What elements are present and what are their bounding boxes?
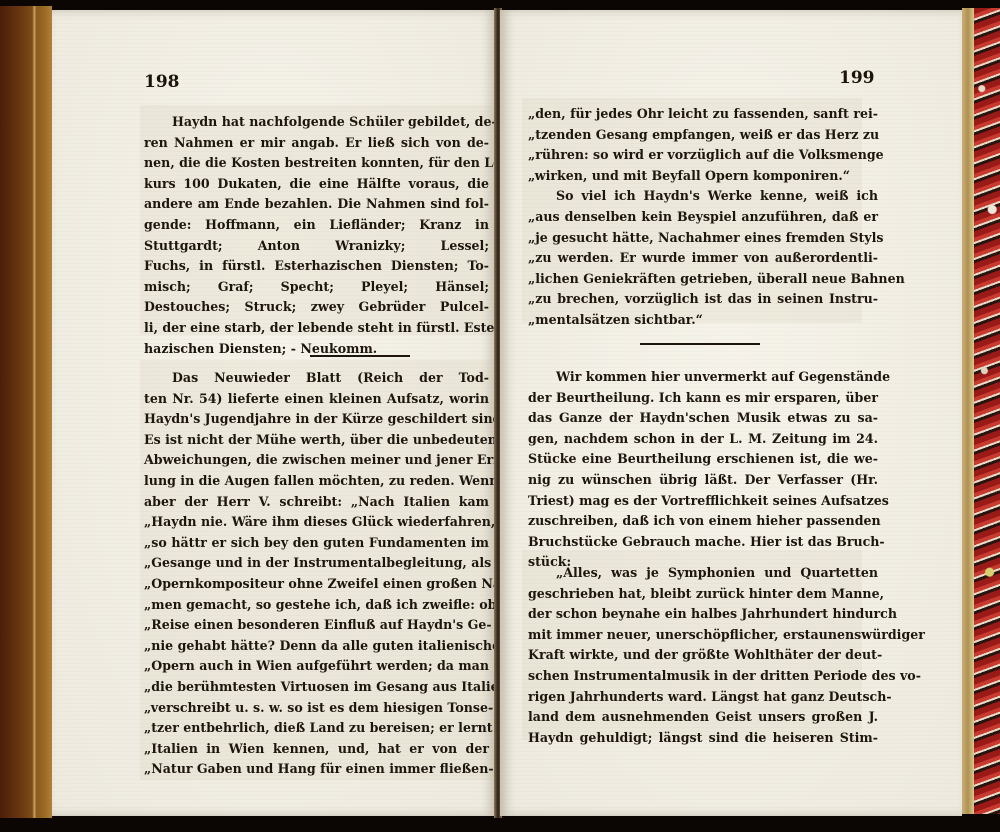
paragraph-students: Haydn hat nachfolgende Schüler gebildet,… [144, 112, 489, 359]
text-line: Haydn's Jugendjahre in der Kürze geschil… [144, 409, 489, 430]
text-line: Wir kommen hier unvermerkt auf Gegenstän… [528, 367, 878, 388]
text-line: gen, nachdem schon in der L. M. Zeitung … [528, 429, 878, 450]
text-line: li, der eine starb, der lebende steht in… [144, 318, 489, 339]
text-line: So viel ich Haydn's Werke kenne, weiß ic… [528, 186, 878, 207]
text-line: andere am Ende bezahlen. Die Nahmen sind… [144, 194, 489, 215]
text-line: der Beurtheilung. Ich kann es mir erspar… [528, 388, 878, 409]
text-line: „rühren: so wird er vorzüglich auf die V… [528, 145, 878, 166]
text-line: Triest) mag es der Vortrefflichkeit sein… [528, 491, 878, 512]
text-line: Bruchstücke Gebrauch mache. Hier ist das… [528, 532, 878, 553]
text-line: Es ist nicht der Mühe werth, über die un… [144, 430, 489, 451]
paragraph-neuwieder-blatt: Das Neuwieder Blatt (Reich der Tod- ten … [144, 368, 489, 780]
text-line: ren Nahmen er mir angab. Er ließ sich vo… [144, 133, 489, 154]
text-line: „Haydn nie. Wäre ihm dieses Glück wieder… [144, 512, 489, 533]
section-divider [640, 343, 760, 345]
text-line: Stücke eine Beurtheilung erschienen ist,… [528, 449, 878, 470]
paragraph-bruchstueck-quote: „Alles, was je Symphonien und Quartetten… [528, 563, 878, 748]
text-line: „Opernkompositeur ohne Zweifel einen gro… [144, 574, 489, 595]
text-line: gende: Hoffmann, ein Liefländer; Kranz i… [144, 215, 489, 236]
text-line: kurs 100 Dukaten, die eine Hälfte voraus… [144, 174, 489, 195]
left-page: 198 Haydn hat nachfolgende Schüler gebil… [52, 10, 496, 816]
text-line: nen, die die Kosten bestreiten konnten, … [144, 153, 489, 174]
text-line: „zu brechen, vorzüglich ist das in seine… [528, 289, 878, 310]
text-line: das Ganze der Haydn'schen Musik etwas zu… [528, 408, 878, 429]
text-line: land dem ausnehmenden Geist unsers große… [528, 707, 878, 728]
text-line: der schon beynahe ein halbes Jahrhundert… [528, 604, 878, 625]
text-line: „aus denselben kein Beyspiel anzuführen,… [528, 207, 878, 228]
text-line: „wirken, und mit Beyfall Opern komponire… [528, 166, 878, 187]
text-line: Haydn gehuldigt; längst sind die heisere… [528, 728, 878, 749]
text-line: „zu werden. Er wurde immer von außerorde… [528, 248, 878, 269]
text-line: „Gesange und in der Instrumentalbegleitu… [144, 553, 489, 574]
text-line: „je gesucht hätte, Nachahmer eines fremd… [528, 228, 878, 249]
text-line: misch; Graf; Specht; Pleyel; Hänsel; [144, 277, 489, 298]
text-line: „die berühmtesten Virtuosen im Gesang au… [144, 677, 489, 698]
text-line: Stuttgardt; Anton Wranizky; Lessel; [144, 236, 489, 257]
text-line: „den, für jedes Ohr leicht zu fassenden,… [528, 104, 878, 125]
text-line: lung in die Augen fallen möchten, zu red… [144, 471, 489, 492]
text-line: Kraft wirkte, und der größte Wohlthäter … [528, 645, 878, 666]
text-line: „lichen Geniekräften getrieben, überall … [528, 269, 878, 290]
right-page: 199 „den, für jedes Ohr leicht zu fassen… [500, 10, 962, 816]
text-line: nig zu wünschen übrig läßt. Der Verfasse… [528, 470, 878, 491]
text-line: aber der Herr V. schreibt: „Nach Italien… [144, 492, 489, 513]
text-line: „tzenden Gesang empfangen, weiß er das H… [528, 125, 878, 146]
text-line: Destouches; Struck; zwey Gebrüder Pulcel… [144, 297, 489, 318]
text-line: „tzer entbehrlich, dieß Land zu bereisen… [144, 718, 489, 739]
section-divider [310, 355, 410, 357]
text-line: Das Neuwieder Blatt (Reich der Tod- [144, 368, 489, 389]
text-line: „verschreibt u. s. w. so ist es dem hies… [144, 698, 489, 719]
text-line: Fuchs, in fürstl. Esterhazischen Dienste… [144, 256, 489, 277]
text-line: „nie gehabt hätte? Denn da alle guten it… [144, 636, 489, 657]
text-line: ten Nr. 54) lieferte einen kleinen Aufsa… [144, 389, 489, 410]
text-line: „so hättr er sich bey den guten Fundamen… [144, 533, 489, 554]
book-scan: 198 Haydn hat nachfolgende Schüler gebil… [0, 0, 1000, 832]
page-number: 199 [839, 68, 875, 88]
paragraph-beurtheilung: Wir kommen hier unvermerkt auf Gegenstän… [528, 367, 878, 573]
text-line: „men gemacht, so gestehe ich, daß ich zw… [144, 595, 489, 616]
text-line: „Italien in Wien kennen, und, hat er von… [144, 739, 489, 760]
text-line: „Alles, was je Symphonien und Quartetten [528, 563, 878, 584]
text-line: zuschreiben, daß ich von einem hieher pa… [528, 511, 878, 532]
text-line: Abweichungen, die zwischen meiner und je… [144, 450, 489, 471]
text-line: „Opern auch in Wien aufgeführt werden; d… [144, 656, 489, 677]
text-line: geschrieben hat, bleibt zurück hinter de… [528, 584, 878, 605]
marbled-edge-right [974, 8, 1000, 814]
text-line: mit immer neuer, unerschöpflicher, ersta… [528, 625, 878, 646]
leather-binding-left [0, 6, 52, 818]
paragraph-quote-continuation: „den, für jedes Ohr leicht zu fassenden,… [528, 104, 878, 331]
text-line: schen Instrumentalmusik in der dritten P… [528, 666, 878, 687]
text-line: „Natur Gaben und Hang für einen immer fl… [144, 759, 489, 780]
text-line: „Reise einen besonderen Einfluß auf Hayd… [144, 615, 489, 636]
text-line: „mentalsätzen sichtbar.“ [528, 310, 878, 331]
text-line: rigen Jahrhunderts ward. Längst hat ganz… [528, 687, 878, 708]
page-edges-right [962, 8, 974, 814]
text-line: Haydn hat nachfolgende Schüler gebildet,… [144, 112, 489, 133]
page-number: 198 [144, 72, 180, 92]
